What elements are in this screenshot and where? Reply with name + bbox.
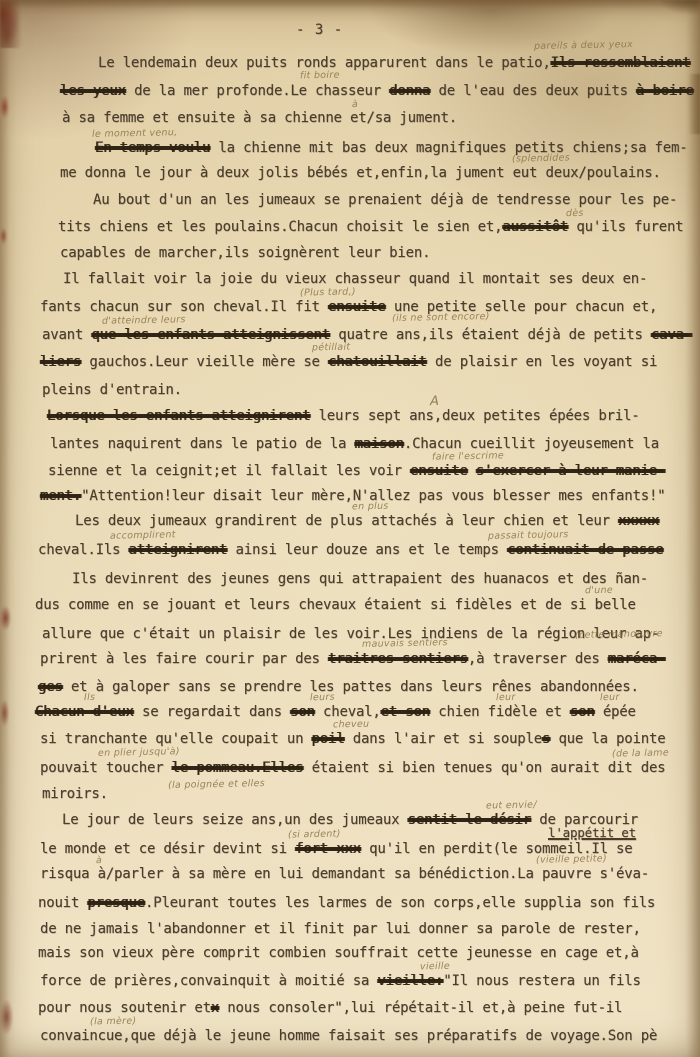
typed-text: que la pointe [550,731,665,747]
typed-text: .Chacun cueillit joyeusement la [404,436,659,452]
typed-text: ,à traverser des [468,651,608,667]
handwritten-annotation: faire l'escrime [432,450,504,463]
struck-text: xxxxx [618,513,659,529]
typed-text: dus comme en se jouant et leurs chevaux … [35,597,636,613]
typed-line: Chacun d'eux se regardait dans son cheva… [35,704,636,720]
typed-text: se regardait dans [134,704,290,720]
struck-text: fort xxx [295,841,361,857]
typed-text: de ne jamais l'abandonner et il finit pa… [40,921,641,937]
handwritten-annotation: en plus [352,501,389,513]
typed-text: la chienne mit bas deux magnifiques peti… [210,140,687,156]
typed-line: convaincue,que déjà le jeune homme faisa… [40,1028,657,1044]
handwritten-annotation: d'atteindre leurs [102,314,186,327]
struck-text: ensuite [328,299,386,315]
struck-text: presque [87,895,145,911]
paper-stain [660,0,700,14]
handwritten-annotation: à [96,855,102,866]
typed-line: sienne et la ceignit;et il fallait les v… [48,463,665,479]
manuscript-page: - 3 - Le lendemain deux puits ronds appa… [0,0,700,1057]
handwritten-annotation: (vieille petite) [536,853,607,865]
typed-text: fants chacun sur son cheval.Il fit [40,299,328,315]
struck-text: maison [354,436,403,452]
struck-text: maréca- [608,651,666,667]
typed-text: à sa femme et ensuite à sa chienne et/sa… [62,110,457,126]
handwritten-annotation: pareils à deux yeux [534,39,633,52]
typed-line: Les deux jumeaux grandirent de plus atta… [75,513,659,529]
handwritten-annotation: (de la lame [612,747,669,759]
struck-text: poil [312,731,345,747]
typed-text: sienne et la ceignit;et il fallait les v… [48,463,410,479]
typed-text: prirent à les faire courir par des [40,651,328,667]
struck-text: que les enfants atteignissent [91,327,330,343]
typed-line: Ils devinrent des jeunes gens qui attrap… [72,571,648,587]
paper-stain [0,228,7,244]
struck-text: s'exercer à leur manie- [476,463,665,479]
typed-text [468,463,476,479]
handwritten-annotation: Ils [84,692,96,703]
typed-text: le monde et ce désir devint si [40,841,295,857]
handwritten-annotation: vieille [420,961,450,973]
handwritten-annotation: à [352,99,358,110]
typed-text: allure que c'était un plaisir de les voi… [42,626,659,642]
handwritten-annotation: eut envie/ [486,799,537,811]
handwritten-annotation: d'une [585,585,613,597]
typed-line: de ne jamais l'abandonner et il finit pa… [40,921,641,937]
paper-stain [0,96,9,118]
struck-text: Lorsque les enfants atteignirent [47,408,310,424]
struck-text: s [542,731,550,747]
typed-text: Les deux jumeaux grandirent de plus atta… [75,513,618,529]
struck-text: Ils ressemblaient [551,55,691,71]
struck-text: traitres sentiers [328,651,468,667]
typed-text: qu'ils furent [568,219,683,235]
typed-line: liers gauchos.Leur vieille mère se chato… [40,354,657,370]
struck-text: chatouillait [328,354,427,370]
handwritten-annotation: passait toujours [488,529,569,542]
handwritten-annotation: dès [566,208,584,219]
typed-line: force de prières,convainquit à moitié sa… [40,973,641,989]
typed-text: de la mer profonde.Le chasseur [126,83,389,99]
typed-text: nouit [38,895,87,911]
struck-text: les yeux [60,83,126,99]
page-number: - 3 - [296,22,343,38]
typed-line: cheval.Ils atteignirent ainsi leur douze… [38,542,663,558]
typed-line: prirent à les faire courir par des trait… [40,651,665,667]
typed-text: Ils devinrent des jeunes gens qui attrap… [72,571,648,587]
handwritten-annotation: en plier jusqu'à) [98,746,180,759]
struck-text: et son [381,704,430,720]
typed-text: épée [595,704,636,720]
typed-line: pouvait toucher le pommeau.Elles étaient… [40,760,665,776]
typed-line: mais son vieux père comprit combien souf… [38,945,639,961]
typed-text: de plaisir en les voyant si [427,354,657,370]
typed-text: convaincue,que déjà le jeune homme faisa… [40,1028,657,1044]
typed-text: quatre ans,ils étaient déjà de petits [330,327,651,343]
typed-line: pour nous soutenir etx nous consoler",lu… [38,1000,622,1016]
paper-stain [0,0,22,48]
typed-line: lantes naquirent dans le patio de la mai… [50,436,659,452]
typed-line: Le lendemain deux puits ronds apparurent… [98,55,690,71]
typed-text: si tranchante qu'elle coupait un [40,731,312,747]
struck-text: ensuite [410,463,468,479]
typed-text: Le lendemain deux puits ronds apparurent… [98,55,551,71]
handwritten-annotation: (la poignée et elles [168,778,265,791]
struck-text: sentit le désir [408,812,531,828]
typed-line: si tranchante qu'elle coupait un poil da… [40,731,665,747]
paper-stain [0,606,11,630]
typed-text: capables de marcher,ils soignèrent leur … [60,245,430,261]
typed-text: avant [42,327,91,343]
typed-line: avant que les enfants atteignissent quat… [42,327,692,343]
typed-text: miroirs. [42,786,108,802]
typed-text: et à galoper sans se prendre les pattes … [63,679,639,695]
typed-text: de l'eau des deux puits [430,83,636,99]
typed-text: cheval.Ils [38,542,129,558]
handwritten-annotation: (si ardent) [288,828,341,840]
struck-text: donna [389,83,430,99]
struck-text: liers [40,354,81,370]
typed-text: me donna le jour à deux jolis bébés et,e… [60,165,661,181]
struck-text: ment. [40,488,81,504]
struck-text: son [290,704,315,720]
handwritten-annotation: pétillait [312,342,351,354]
typed-insert: l'appétit et [548,825,636,840]
typed-text: gauchos.Leur vieille mère se [81,354,328,370]
paper-stain [0,700,9,726]
typed-line: Au bout d'un an les jumeaux se prenaient… [93,192,677,208]
struck-text: aussitôt [502,219,568,235]
typed-line: Lorsque les enfants atteignirent leurs s… [47,408,639,424]
typed-line: me donna le jour à deux jolis bébés et,e… [60,165,661,181]
typed-line: fants chacun sur son cheval.Il fit ensui… [40,299,657,315]
typed-text: lantes naquirent dans le patio de la [50,436,354,452]
handwritten-annotation: (Plus tard,) [300,286,356,298]
struck-text: le pommeau.Elles [172,760,304,776]
typed-text: force de prières,convainquit à moitié sa [40,973,377,989]
typed-text: "Il nous restera un fils [443,973,641,989]
typed-line: miroirs. [42,786,108,802]
typed-line: à sa femme et ensuite à sa chienne et/sa… [62,110,457,126]
handwritten-annotation: (splendides [512,152,570,164]
typed-line: Il fallait voir la joie du vieux chasseu… [63,271,647,287]
typed-text: tits chiens et les poulains.Chacun chois… [58,219,502,235]
typed-text: chien fidèle et [430,704,570,720]
typed-text: pour nous soutenir et [38,1000,211,1016]
typed-line: nouit presque.Pleurant toutes les larmes… [38,895,655,911]
handwritten-annotation: (cette manœuvre [575,628,663,641]
typed-text: .Pleurant toutes les larmes de son corps… [145,895,655,911]
typed-text: étaient si bien tenues qu'on aurait dit … [303,760,665,776]
typed-line: tits chiens et les poulains.Chacun chois… [58,219,683,235]
handwritten-annotation: cheveu [333,719,370,731]
typed-line: pleins d'entrain. [42,382,182,398]
struck-text: Chacun d'eux [35,704,134,720]
handwritten-annotation: mauvais sentiers [362,637,448,650]
handwritten-annotation: A [430,394,440,409]
struck-text: ges [38,679,63,695]
typed-line: ges et à galoper sans se prendre les pat… [38,679,639,695]
handwritten-annotation: (ils ne sont encore) [392,311,490,324]
typed-text: pleins d'entrain. [42,382,182,398]
typed-line: En temps voulu la chienne mit bas deux m… [95,140,687,156]
typed-text: mais son vieux père comprit combien souf… [38,945,639,961]
handwritten-annotation: leurs [310,692,335,704]
struck-text: cava- [651,327,692,343]
typed-text: leurs sept ans,deux petites épées bril- [310,408,639,424]
typed-text: cheval, [315,704,381,720]
handwritten-annotation: leur [600,692,620,703]
struck-text: atteignirent [129,542,228,558]
typed-text: nous consoler",lui répétait-il et,à pein… [219,1000,622,1016]
struck-text: vieille: [377,973,443,989]
typed-line: capables de marcher,ils soignèrent leur … [60,245,430,261]
typed-text: Il fallait voir la joie du vieux chasseu… [63,271,647,287]
handwritten-annotation: leur [496,692,516,703]
typed-line: allure que c'était un plaisir de les voi… [42,626,659,642]
struck-text: continuait de passe [507,542,663,558]
handwritten-annotation: accomplirent [110,529,176,541]
struck-text: à boire [636,83,694,99]
typed-line: risqua à/parler à sa mère en lui demanda… [40,866,649,882]
handwritten-annotation: fit boire [300,70,340,82]
typed-text: Au bout d'un an les jumeaux se prenaient… [93,192,677,208]
typed-text: Le jour de leurs seize ans,un des jumeau… [62,812,408,828]
typed-text: dans l'air et si souple [344,731,542,747]
typed-text: risqua à/parler à sa mère en lui demanda… [40,866,649,882]
handwritten-annotation: (la mère) [90,1016,137,1028]
typed-line: dus comme en se jouant et leurs chevaux … [35,597,636,613]
typed-text: pouvait toucher [40,760,172,776]
struck-text: En temps voulu [95,140,210,156]
paper-stain [0,1000,13,1034]
handwritten-annotation: le moment venu, [92,127,178,140]
struck-text: x [211,1000,219,1016]
struck-text: son [570,704,595,720]
typed-text: ainsi leur douze ans et le temps [227,542,507,558]
typed-line: les yeux de la mer profonde.Le chasseur … [60,83,694,99]
